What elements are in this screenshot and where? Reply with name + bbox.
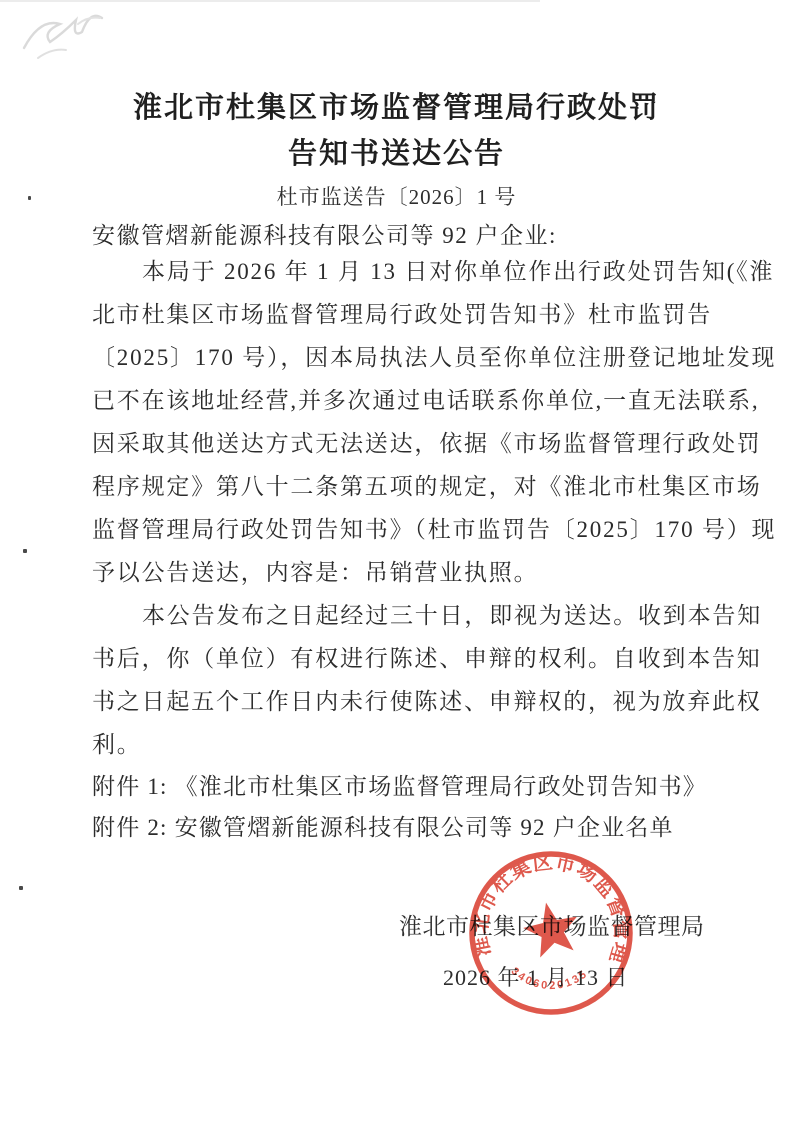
official-red-seal: 淮北市杜集区市场监督管理局 3406020135 (448, 828, 654, 1040)
text-line: 利。 (92, 723, 717, 766)
text-line: 已不在该地址经营,并多次通过电话联系你单位,一直无法联系, (92, 379, 717, 422)
text-line: 予以公告送达，内容是：吊销营业执照。 (92, 551, 717, 594)
document-title-line-1: 淮北市杜集区市场监督管理局行政处罚 (0, 85, 793, 126)
text-line: 附件 1: 《淮北市杜集区市场监督管理局行政处罚告知书》 (92, 766, 717, 807)
text-line: 书后，你（单位）有权进行陈述、申辩的权利。自收到本告知 (92, 637, 717, 680)
body-paragraph-1: 本局于 2026 年 1 月 13 日对你单位作出行政处罚告知(《淮北市杜集区市… (92, 250, 717, 594)
body-paragraph-2: 本公告发布之日起经过三十日，即视为送达。收到本告知书后，你（单位）有权进行陈述、… (92, 594, 717, 766)
scan-speck (23, 549, 27, 553)
scan-speck (19, 886, 23, 890)
text-line: 书之日起五个工作日内未行使陈述、申辩权的，视为放弃此权 (92, 680, 717, 723)
text-line: 程序规定》第八十二条第五项的规定，对《淮北市杜集区市场 (92, 465, 717, 508)
document-number: 杜市监送告〔2026〕1 号 (0, 181, 793, 211)
text-line: 本公告发布之日起经过三十日，即视为送达。收到本告知 (92, 594, 717, 637)
document-title-line-2: 告知书送达公告 (0, 131, 793, 172)
text-line: 北市杜集区市场监督管理局行政处罚告知书》杜市监罚告 (92, 293, 717, 336)
scan-artifact-scribble (8, 6, 118, 70)
seal-serial-number: 3406020135 (509, 965, 591, 992)
text-line: 〔2025〕170 号），因本局执法人员至你单位注册登记地址发现 (92, 336, 717, 379)
seal-star-icon (523, 903, 577, 958)
text-line: 因采取其他送达方式无法送达，依据《市场监督管理行政处罚 (92, 422, 717, 465)
scan-edge-artifact (0, 0, 540, 2)
addressee-line: 安徽管熠新能源科技有限公司等 92 户企业: (92, 217, 557, 250)
document-page: 淮北市杜集区市场监督管理局行政处罚 告知书送达公告 杜市监送告〔2026〕1 号… (0, 0, 793, 1121)
text-line: 本局于 2026 年 1 月 13 日对你单位作出行政处罚告知(《淮 (92, 250, 717, 293)
text-line: 监督管理局行政处罚告知书》（杜市监罚告〔2025〕170 号）现 (92, 508, 717, 551)
